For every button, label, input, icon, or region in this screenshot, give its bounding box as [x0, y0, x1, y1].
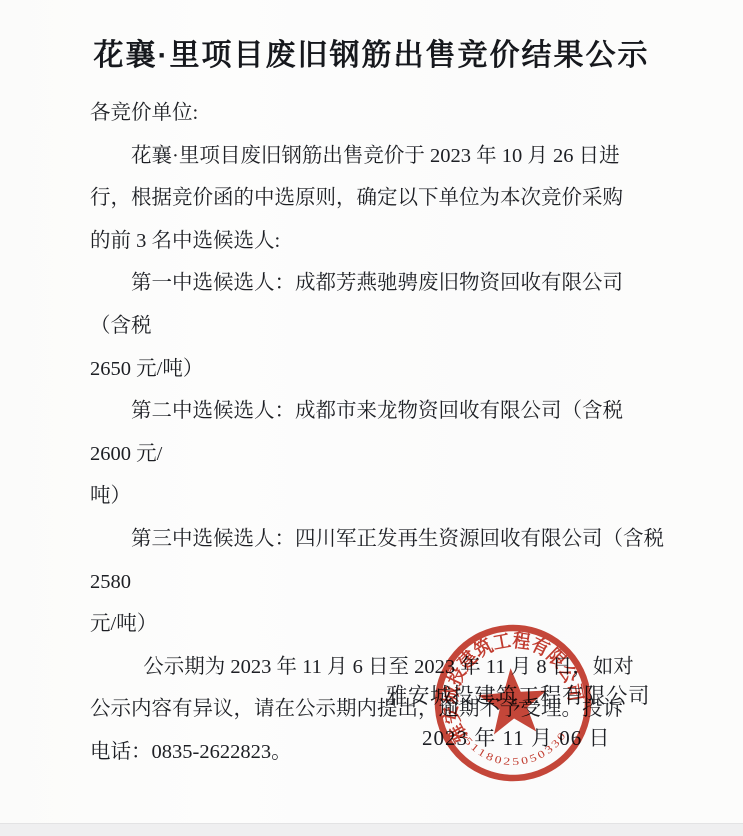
seal-star-icon	[476, 666, 549, 736]
paragraph-bid-overview: 花襄·里项目废旧钢筋出售竞价于 2023 年 10 月 26 日进 行，根据竞价…	[90, 135, 664, 263]
official-seal: 雅安城投建筑工程有限公司 5118025050330	[422, 612, 603, 793]
paragraph-candidate-2: 第二中选候选人：成都市来龙物资回收有限公司（含税 2600 元/ 吨）	[90, 390, 664, 518]
page-bottom-edge	[0, 823, 743, 836]
page-title: 花襄·里项目废旧钢筋出售竞价结果公示	[0, 30, 743, 74]
salutation: 各竞价单位:	[90, 92, 664, 135]
announcement-document: 花襄·里项目废旧钢筋出售竞价结果公示 各竞价单位: 花襄·里项目废旧钢筋出售竞价…	[0, 0, 743, 836]
paragraph-candidate-1: 第一中选候选人：成都芳燕驰骋废旧物资回收有限公司 （含税 2650 元/吨）	[90, 262, 664, 390]
